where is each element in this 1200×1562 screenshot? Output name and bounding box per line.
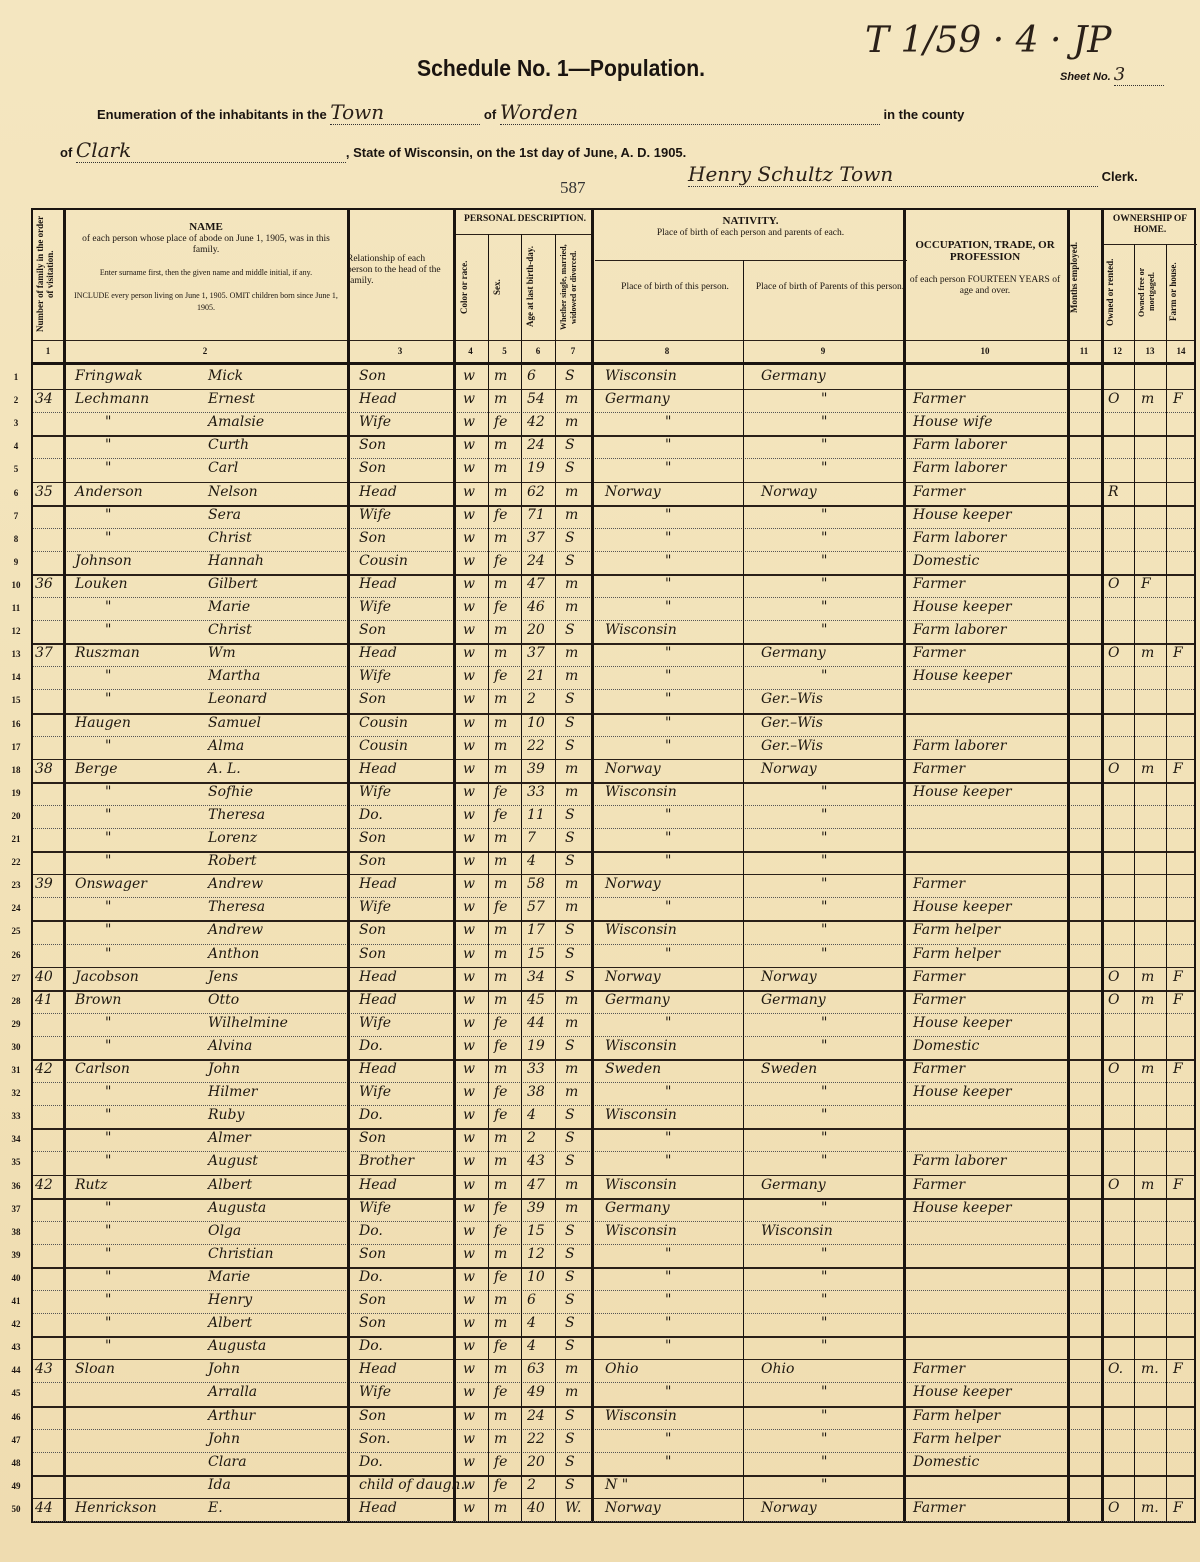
surname-cell: "	[105, 946, 111, 962]
sex-cell: m	[494, 969, 507, 985]
marital-status-cell: m	[565, 784, 578, 800]
color-cell: w	[463, 1292, 475, 1308]
age-cell: 54	[527, 391, 545, 407]
parents-birthplace-cell: "	[821, 460, 827, 476]
row-number: 3	[3, 418, 29, 428]
surname-cell: "	[105, 784, 111, 800]
marital-status-cell: S	[565, 460, 575, 476]
marital-status-cell: m	[565, 761, 578, 777]
sex-cell: m	[494, 1246, 507, 1262]
color-cell: w	[463, 738, 475, 754]
column-divider	[1067, 210, 1070, 1521]
age-cell: 15	[527, 1223, 545, 1239]
column-divider	[347, 210, 350, 1521]
parents-birthplace-cell: "	[821, 1038, 827, 1054]
parents-birthplace-cell: "	[821, 1338, 827, 1354]
line1-prefix: Enumeration of the inhabitants in the	[97, 107, 327, 122]
age-cell: 47	[527, 576, 545, 592]
free-mortgaged-cell: m	[1141, 1061, 1154, 1077]
sex-cell: m	[494, 484, 507, 500]
color-cell: w	[463, 437, 475, 453]
row-number: 36	[3, 1181, 29, 1191]
column-divider	[555, 234, 556, 1521]
parents-birthplace-cell: "	[821, 1084, 827, 1100]
family-number-cell: 36	[35, 576, 53, 592]
column-number: 3	[347, 346, 453, 356]
town-name-value: Worden	[500, 100, 578, 124]
sex-cell: fe	[494, 1338, 507, 1354]
sex-cell: m	[494, 530, 507, 546]
surname-cell: "	[105, 530, 111, 546]
sex-cell: m	[494, 1130, 507, 1146]
surname-cell: Onswager	[75, 876, 147, 892]
relationship-cell: Wife	[359, 599, 391, 615]
column-number: 8	[591, 346, 743, 356]
col-relationship-header: Relationship of each person to the head …	[347, 254, 447, 287]
given-name-cell: Christian	[208, 1246, 274, 1262]
given-name-cell: Christ	[208, 530, 252, 546]
sex-cell: m	[494, 691, 507, 707]
family-number-cell: 35	[35, 484, 53, 500]
col-family-number-header: Number of family in the order of visitat…	[35, 214, 61, 334]
marital-status-cell: S	[565, 1454, 575, 1470]
birthplace-cell: Wisconsin	[605, 1038, 677, 1054]
line1-mid: of	[484, 107, 496, 122]
sex-cell: m	[494, 1177, 507, 1193]
age-cell: 49	[527, 1384, 545, 1400]
age-cell: 4	[527, 1107, 536, 1123]
age-cell: 38	[527, 1084, 545, 1100]
row-number: 2	[3, 395, 29, 405]
column-divider	[488, 234, 489, 1521]
name-note2: INCLUDE every person living on June 1, 1…	[74, 291, 338, 312]
parents-birthplace-cell: "	[821, 576, 827, 592]
sex-cell: fe	[494, 1454, 507, 1470]
birthplace-cell: Wisconsin	[605, 1177, 677, 1193]
birthplace-cell: "	[665, 553, 671, 569]
sex-cell: m	[494, 922, 507, 938]
sex-cell: fe	[494, 1038, 507, 1054]
color-cell: w	[463, 899, 475, 915]
marital-status-cell: S	[565, 530, 575, 546]
birthplace-cell: N "	[605, 1477, 628, 1493]
occupation-cell: Domestic	[913, 1038, 979, 1054]
relationship-cell: Wife	[359, 1384, 391, 1400]
occupation-cell: Farmer	[913, 645, 965, 661]
enumeration-line-1: Enumeration of the inhabitants in the To…	[97, 100, 964, 125]
sex-cell: fe	[494, 1015, 507, 1031]
col-free-mortgaged-header: Owned free or mortgaged.	[1137, 250, 1165, 334]
given-name-cell: Augusta	[208, 1200, 266, 1216]
color-cell: w	[463, 853, 475, 869]
occupation-cell: House keeper	[913, 1384, 1012, 1400]
farm-house-cell: F	[1173, 992, 1183, 1008]
sex-cell: fe	[494, 807, 507, 823]
birthplace-cell: "	[665, 1015, 671, 1031]
age-cell: 46	[527, 599, 545, 615]
page-number: 587	[560, 178, 586, 198]
occupation-cell: Farmer	[913, 484, 965, 500]
occupation-sub: of each person FOURTEEN YEARS of age and…	[910, 275, 1060, 296]
age-cell: 62	[527, 484, 545, 500]
column-number: 5	[488, 346, 521, 356]
given-name-cell: Ida	[208, 1477, 231, 1493]
row-number: 25	[3, 926, 29, 936]
occupation-cell: Domestic	[913, 553, 979, 569]
parents-birthplace-cell: "	[821, 1200, 827, 1216]
farm-house-cell: F	[1173, 391, 1183, 407]
occupation-cell: Farm laborer	[913, 437, 1006, 453]
parents-birthplace-cell: "	[821, 830, 827, 846]
sex-cell: fe	[494, 899, 507, 915]
birthplace-cell: Norway	[605, 1500, 661, 1516]
given-name-cell: Andrew	[208, 876, 263, 892]
age-cell: 45	[527, 992, 545, 1008]
parents-birthplace-cell: Norway	[761, 484, 817, 500]
birthplace-cell: "	[665, 1338, 671, 1354]
sex-cell: m	[494, 761, 507, 777]
marital-status-cell: S	[565, 1431, 575, 1447]
row-number: 6	[3, 488, 29, 498]
sex-cell: fe	[494, 1084, 507, 1100]
marital-status-cell: S	[565, 1130, 575, 1146]
birthplace-cell: Wisconsin	[605, 1107, 677, 1123]
occupation-cell: House keeper	[913, 1015, 1012, 1031]
family-number-cell: 44	[35, 1500, 53, 1516]
surname-cell: "	[105, 1292, 111, 1308]
parents-birthplace-cell: "	[821, 391, 827, 407]
marital-status-cell: m	[565, 1177, 578, 1193]
color-cell: w	[463, 922, 475, 938]
given-name-cell: Carl	[208, 460, 238, 476]
occupation-cell: Farmer	[913, 1361, 965, 1377]
relationship-cell: Do.	[359, 1223, 383, 1239]
owned-rented-cell: O	[1108, 645, 1119, 661]
parents-birthplace-cell: "	[821, 807, 827, 823]
marital-status-cell: S	[565, 715, 575, 731]
marital-status-cell: m	[565, 1084, 578, 1100]
column-number: 1	[33, 346, 63, 356]
given-name-cell: Theresa	[208, 807, 265, 823]
surname-cell: "	[105, 1107, 111, 1123]
parents-birthplace-cell: Wisconsin	[761, 1223, 833, 1239]
row-number: 26	[3, 950, 29, 960]
family-number-cell: 34	[35, 391, 53, 407]
col-owned-rented-header: Owned or rented.	[1105, 250, 1133, 334]
surname-cell: Sloan	[75, 1361, 115, 1377]
personal-description-header: PERSONAL DESCRIPTION.	[457, 214, 593, 225]
line2-prefix: of	[60, 145, 72, 160]
color-cell: w	[463, 1454, 475, 1470]
column-divider	[63, 210, 66, 1521]
occupation-cell: Farmer	[913, 876, 965, 892]
age-cell: 2	[527, 691, 536, 707]
column-number: 11	[1067, 346, 1101, 356]
given-name-cell: John	[208, 1361, 240, 1377]
row-number: 33	[3, 1111, 29, 1121]
age-cell: 4	[527, 853, 536, 869]
row-number: 24	[3, 903, 29, 913]
given-name-cell: Martha	[208, 668, 260, 684]
row-number: 12	[3, 626, 29, 636]
age-cell: 57	[527, 899, 545, 915]
col-occupation-header: OCCUPATION, TRADE, OR PROFESSION of each…	[909, 240, 1061, 297]
sex-cell: m	[494, 715, 507, 731]
marital-status-cell: m	[565, 645, 578, 661]
sex-cell: m	[494, 830, 507, 846]
color-cell: w	[463, 1269, 475, 1285]
relationship-cell: Cousin	[359, 738, 408, 754]
column-divider	[1134, 244, 1135, 1521]
surname-cell: "	[105, 738, 111, 754]
birthplace-cell: "	[665, 1315, 671, 1331]
parents-birthplace-cell: "	[821, 784, 827, 800]
handwritten-annotation: T 1/59 · 4 · JP	[865, 20, 1112, 61]
age-cell: 24	[527, 553, 545, 569]
sex-cell: m	[494, 1061, 507, 1077]
surname-cell: "	[105, 899, 111, 915]
occupation-cell: House keeper	[913, 784, 1012, 800]
age-cell: 7	[527, 830, 536, 846]
surname-cell: "	[105, 599, 111, 615]
sheet-number: Sheet No. 3	[1060, 64, 1164, 86]
relationship-cell: Son	[359, 437, 386, 453]
given-name-cell: John	[208, 1061, 240, 1077]
row-number: 30	[3, 1042, 29, 1052]
col-name-header: NAME of each person whose place of abode…	[71, 222, 341, 314]
col-birthplace-header: Place of birth of this person.	[605, 282, 745, 293]
row-number: 32	[3, 1088, 29, 1098]
birthplace-cell: "	[665, 691, 671, 707]
marital-status-cell: m	[565, 599, 578, 615]
color-cell: w	[463, 460, 475, 476]
age-cell: 21	[527, 668, 545, 684]
sex-cell: m	[494, 368, 507, 384]
surname-cell: "	[105, 460, 111, 476]
birthplace-cell: "	[665, 530, 671, 546]
free-mortgaged-cell: m.	[1141, 1361, 1159, 1377]
parents-birthplace-cell: Germany	[761, 368, 826, 384]
given-name-cell: Amalsie	[208, 414, 264, 430]
marital-status-cell: m	[565, 1200, 578, 1216]
given-name-cell: August	[208, 1153, 258, 1169]
age-cell: 24	[527, 1408, 545, 1424]
sex-cell: fe	[494, 1477, 507, 1493]
relationship-cell: Son	[359, 691, 386, 707]
given-name-cell: Andrew	[208, 922, 263, 938]
color-cell: w	[463, 414, 475, 430]
surname-cell: "	[105, 1015, 111, 1031]
line1-suffix: in the county	[883, 107, 964, 122]
given-name-cell: Arthur	[208, 1408, 255, 1424]
parents-birthplace-cell: "	[821, 1107, 827, 1123]
marital-status-cell: S	[565, 922, 575, 938]
sex-cell: m	[494, 1431, 507, 1447]
relationship-cell: Head	[359, 1177, 397, 1193]
age-cell: 19	[527, 1038, 545, 1054]
enumeration-line-2: of Clark, State of Wisconsin, on the 1st…	[60, 138, 686, 163]
sex-cell: fe	[494, 507, 507, 523]
column-divider	[743, 260, 744, 1521]
age-cell: 19	[527, 460, 545, 476]
parents-birthplace-cell: "	[821, 1015, 827, 1031]
parents-birthplace-cell: "	[821, 1269, 827, 1285]
given-name-cell: Marie	[208, 599, 250, 615]
color-cell: w	[463, 1015, 475, 1031]
marital-status-cell: S	[565, 853, 575, 869]
color-cell: w	[463, 1223, 475, 1239]
marital-status-cell: S	[565, 1338, 575, 1354]
age-cell: 15	[527, 946, 545, 962]
owned-rented-cell: O	[1108, 391, 1119, 407]
free-mortgaged-cell: m	[1141, 1177, 1154, 1193]
row-number: 17	[3, 742, 29, 752]
color-cell: w	[463, 1200, 475, 1216]
col-age-header: Age at last birth-day.	[525, 240, 553, 334]
parents-birthplace-cell: "	[821, 1130, 827, 1146]
age-cell: 33	[527, 1061, 545, 1077]
row-number: 39	[3, 1250, 29, 1260]
birthplace-cell: "	[665, 1269, 671, 1285]
row-number: 37	[3, 1204, 29, 1214]
row-number: 16	[3, 719, 29, 729]
family-number-cell: 42	[35, 1177, 53, 1193]
relationship-cell: Son	[359, 530, 386, 546]
parents-birthplace-cell: "	[821, 876, 827, 892]
sex-cell: fe	[494, 1384, 507, 1400]
relationship-cell: Brother	[359, 1153, 414, 1169]
given-name-cell: Arralla	[208, 1384, 257, 1400]
surname-cell: "	[105, 1200, 111, 1216]
row-number: 19	[3, 788, 29, 798]
age-cell: 58	[527, 876, 545, 892]
marital-status-cell: S	[565, 368, 575, 384]
surname-cell: "	[105, 1223, 111, 1239]
parents-birthplace-cell: "	[821, 853, 827, 869]
given-name-cell: E.	[208, 1500, 223, 1516]
surname-cell: "	[105, 691, 111, 707]
marital-status-cell: S	[565, 807, 575, 823]
color-cell: w	[463, 1384, 475, 1400]
column-divider	[1166, 244, 1167, 1521]
age-cell: 24	[527, 437, 545, 453]
parents-birthplace-cell: "	[821, 668, 827, 684]
age-cell: 40	[527, 1500, 545, 1516]
given-name-cell: Nelson	[208, 484, 258, 500]
row-number: 41	[3, 1296, 29, 1306]
relationship-cell: Son	[359, 946, 386, 962]
relationship-cell: Son	[359, 368, 386, 384]
relationship-cell: Cousin	[359, 715, 408, 731]
row-number: 44	[3, 1365, 29, 1375]
occupation-cell: Farmer	[913, 391, 965, 407]
relationship-cell: Wife	[359, 1084, 391, 1100]
sex-cell: m	[494, 992, 507, 1008]
age-cell: 10	[527, 1269, 545, 1285]
age-cell: 6	[527, 368, 536, 384]
relationship-cell: Son	[359, 830, 386, 846]
color-cell: w	[463, 576, 475, 592]
parents-birthplace-cell: "	[821, 1454, 827, 1470]
sex-cell: fe	[494, 668, 507, 684]
age-cell: 39	[527, 761, 545, 777]
age-cell: 37	[527, 530, 545, 546]
birthplace-cell: "	[665, 460, 671, 476]
color-cell: w	[463, 484, 475, 500]
family-number-cell: 37	[35, 645, 53, 661]
occupation-cell: House keeper	[913, 1200, 1012, 1216]
relationship-cell: Do.	[359, 1338, 383, 1354]
birthplace-cell: Wisconsin	[605, 368, 677, 384]
name-note1: Enter surname first, then the given name…	[100, 268, 312, 277]
age-cell: 44	[527, 1015, 545, 1031]
column-number: 7	[555, 346, 591, 356]
sex-cell: fe	[494, 1107, 507, 1123]
parents-birthplace-cell: Ger.–Wis	[761, 715, 823, 731]
surname-cell: "	[105, 668, 111, 684]
marital-status-cell: m	[565, 1384, 578, 1400]
given-name-cell: Hilmer	[208, 1084, 257, 1100]
surname-cell: "	[105, 1338, 111, 1354]
surname-cell: "	[105, 437, 111, 453]
occupation-cell: Farmer	[913, 992, 965, 1008]
age-cell: 20	[527, 622, 545, 638]
color-cell: w	[463, 761, 475, 777]
birthplace-cell: "	[665, 1454, 671, 1470]
marital-status-cell: m	[565, 876, 578, 892]
col-marital-header: Whether single, married, widowed or divo…	[559, 240, 587, 334]
column-number: 6	[521, 346, 555, 356]
marital-status-cell: m	[565, 668, 578, 684]
column-number: 2	[63, 346, 347, 356]
marital-status-cell: S	[565, 1223, 575, 1239]
marital-status-cell: S	[565, 1153, 575, 1169]
owned-rented-cell: O	[1108, 969, 1119, 985]
given-name-cell: Gilbert	[208, 576, 258, 592]
occupation-cell: House keeper	[913, 899, 1012, 915]
clerk-name: Henry Schultz Town	[688, 162, 893, 186]
marital-status-cell: S	[565, 437, 575, 453]
col-parents-birthplace-header: Place of birth of Parents of this person…	[755, 282, 905, 293]
surname-cell: Brown	[75, 992, 121, 1008]
given-name-cell: Wilhelmine	[208, 1015, 288, 1031]
parents-birthplace-cell: Norway	[761, 969, 817, 985]
row-number: 11	[3, 603, 29, 613]
relationship-cell: Do.	[359, 1269, 383, 1285]
free-mortgaged-cell: m	[1141, 969, 1154, 985]
clerk-line: Henry Schultz Town Clerk.	[688, 162, 1138, 187]
marital-status-cell: S	[565, 830, 575, 846]
farm-house-cell: F	[1173, 1361, 1183, 1377]
row-number: 4	[3, 441, 29, 451]
farm-house-cell: F	[1173, 1177, 1183, 1193]
marital-status-cell: m	[565, 992, 578, 1008]
surname-cell: "	[105, 922, 111, 938]
birthplace-cell: Wisconsin	[605, 1408, 677, 1424]
given-name-cell: Hannah	[208, 553, 264, 569]
relationship-cell: Son	[359, 1130, 386, 1146]
parents-birthplace-cell: Norway	[761, 761, 817, 777]
sex-cell: m	[494, 1500, 507, 1516]
occupation-cell: House wife	[913, 414, 993, 430]
given-name-cell: Sera	[208, 507, 241, 523]
birthplace-cell: "	[665, 1153, 671, 1169]
row-number: 50	[3, 1504, 29, 1514]
color-cell: w	[463, 691, 475, 707]
color-cell: w	[463, 1107, 475, 1123]
occupation-cell: Farmer	[913, 1177, 965, 1193]
color-cell: w	[463, 1130, 475, 1146]
